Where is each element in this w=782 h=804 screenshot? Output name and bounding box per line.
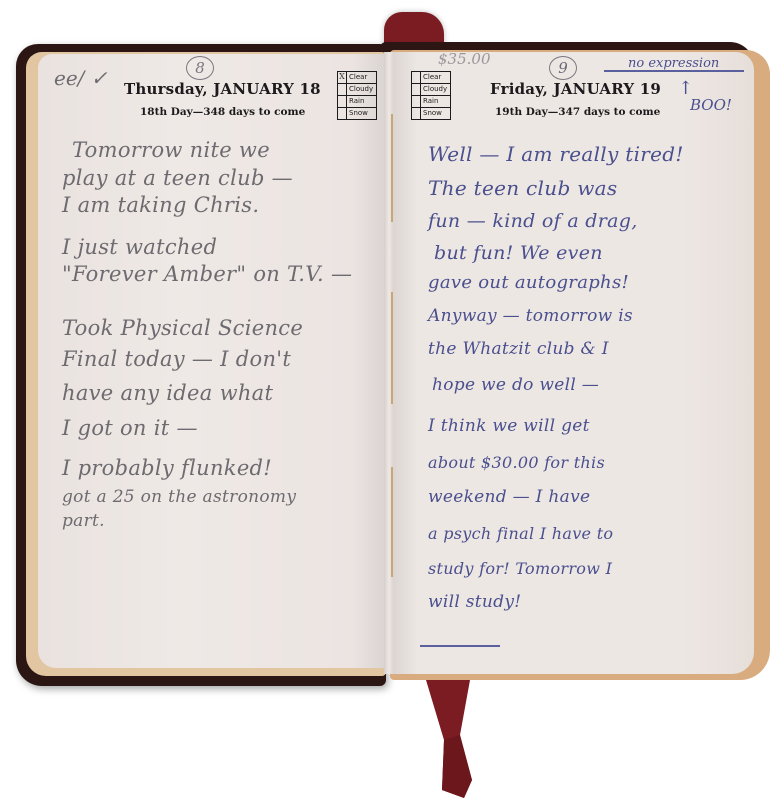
boo-note: BOO! (690, 96, 732, 114)
handwriting-line: I think we will get (428, 408, 684, 446)
handwriting-line: Well — I am really tired! (428, 136, 684, 174)
handwriting-line: weekend — I have (428, 479, 684, 517)
weather-option-clear: Clear (412, 72, 450, 84)
weather-check-mark: X (338, 72, 347, 83)
binding-stitch (391, 467, 393, 577)
page-number-circled: 8 (186, 56, 214, 80)
bookmark-ribbon-bottom (424, 680, 474, 800)
page-number-circled: 9 (549, 56, 577, 80)
handwriting-line: I am taking Chris. (62, 187, 352, 225)
weather-checkbox-grid-left: XClear Cloudy Rain Snow (337, 71, 377, 120)
handwriting-line: have any idea what (62, 375, 352, 413)
weather-option-cloudy: Cloudy (412, 84, 450, 96)
handwriting-line: will study! (428, 584, 684, 622)
binding-stitch (391, 292, 393, 404)
handwriting-line: a psych final I have to (428, 515, 684, 553)
amount-note: $35.00 (438, 50, 491, 68)
margin-checkmark-note: ee/ ✓ (54, 66, 108, 90)
weather-option-clear: XClear (338, 72, 376, 84)
weather-option-rain: Rain (338, 96, 376, 108)
handwriting-line: the Whatzit club & I (428, 331, 684, 369)
handwriting-line: I got on it — (62, 410, 352, 448)
weather-option-cloudy: Cloudy (338, 84, 376, 96)
weather-option-snow: Snow (412, 108, 450, 119)
binding-stitch (391, 114, 393, 222)
underline-stroke (420, 645, 500, 647)
date-heading-left: Thursday, JANUARY 18 (124, 80, 321, 98)
date-heading-right: Friday, JANUARY 19 (490, 80, 661, 98)
handwriting-line: hope we do well — (428, 367, 684, 405)
strike-line (604, 70, 744, 72)
strikethrough-note: no expression (628, 56, 719, 71)
day-count-left: 18th Day—348 days to come (140, 106, 305, 118)
handwritten-entry-right: Well — I am really tired! The teen club … (428, 136, 684, 621)
handwriting-line: "Forever Amber" on T.V. — (62, 256, 352, 294)
weather-option-snow: Snow (338, 108, 376, 119)
weather-checkbox-grid-right: Clear Cloudy Rain Snow (411, 71, 451, 120)
handwriting-line: gave out autographs! (428, 264, 684, 302)
handwriting-line (62, 294, 352, 310)
handwriting-line: study for! Tomorrow I (428, 550, 684, 588)
weather-option-rain: Rain (412, 96, 450, 108)
handwriting-line: Anyway — tomorrow is (428, 298, 684, 336)
handwriting-line: The teen club was (428, 170, 684, 208)
handwriting-line: Final today — I don't (62, 341, 352, 379)
handwriting-line: about $30.00 for this (428, 444, 684, 482)
handwritten-entry-left: Tomorrow nite we play at a teen club — I… (62, 132, 352, 540)
day-count-right: 19th Day—347 days to come (495, 106, 660, 118)
